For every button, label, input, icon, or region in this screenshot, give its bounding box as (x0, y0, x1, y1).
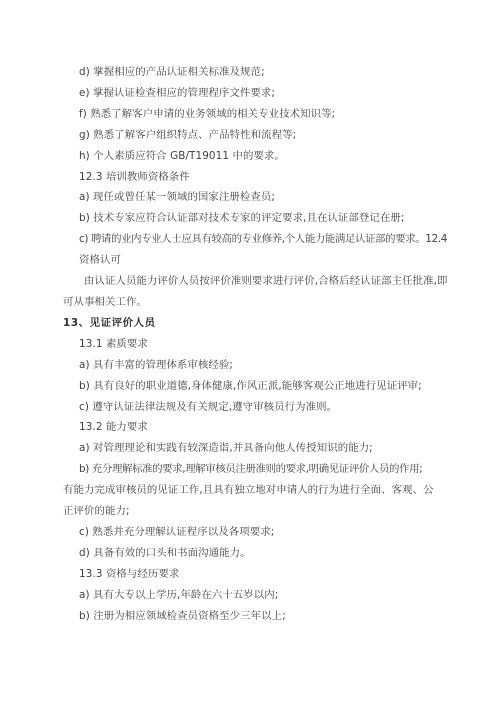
section-heading: 13、见证评价人员 (63, 313, 452, 334)
text-line: g) 熟悉了解客户组织特点、产品特性和流程等; (63, 125, 452, 146)
text-line: h) 个人素质应符合 GB/T19011 中的要求。 (63, 146, 452, 167)
text-line: c) 遵守认证法律法规及有关规定,遵守审核员行为准则。 (63, 397, 452, 418)
text-line: a) 具有大专以上学历,年龄在六十五岁以内; (63, 585, 452, 606)
text-line: 13.1 素质要求 (63, 334, 452, 355)
text-line: c) 聘请的业内专业人士应具有较高的专业修养,个人能力能满足认证部的要求。12.… (63, 229, 452, 250)
text-line: 可从事相关工作。 (63, 292, 452, 313)
text-line: a) 具有丰富的管理体系审核经验; (63, 355, 452, 376)
text-line: a) 现任或曾任某一领域的国家注册检查员; (63, 187, 452, 208)
document-body: d) 掌握相应的产品认证相关标准及规范;e) 掌握认证检查相应的管理程序文件要求… (63, 62, 452, 626)
text-line: 由认证人员能力评价人员按评价准则要求进行评价,合格后经认证部主任批准,即 (63, 271, 452, 292)
text-line: d) 具备有效的口头和书面沟通能力。 (63, 543, 452, 564)
text-line: a) 对管理理论和实践有较深造诣,并具备向他人传授知识的能力; (63, 438, 452, 459)
text-line: 12.3 培训教师资格条件 (63, 167, 452, 188)
text-line: d) 掌握相应的产品认证相关标准及规范; (63, 62, 452, 83)
text-line: b) 充分理解标准的要求,理解审核员注册准则的要求,明确见证评价人员的作用; (63, 459, 452, 480)
text-line: 13.2 能力要求 (63, 417, 452, 438)
text-line: b) 注册为相应领域检查员资格至少三年以上; (63, 606, 452, 627)
text-line: 正评价的能力; (63, 501, 452, 522)
text-line: b) 技术专家应符合认证部对技术专家的评定要求,且在认证部登记在册; (63, 208, 452, 229)
text-line: b) 具有良好的职业道德,身体健康,作风正派,能够客观公正地进行见证评审; (63, 376, 452, 397)
text-line: c) 熟悉并充分理解认证程序以及各项要求; (63, 522, 452, 543)
document-page: d) 掌握相应的产品认证相关标准及规范;e) 掌握认证检查相应的管理程序文件要求… (0, 0, 500, 707)
text-line: f) 熟悉了解客户申请的业务领域的相关专业技术知识等; (63, 104, 452, 125)
text-line: 13.3 资格与经历要求 (63, 564, 452, 585)
text-line: 有能力完成审核员的见证工作,且具有独立地对申请人的行为进行全面、客观、公 (63, 480, 452, 501)
text-line: e) 掌握认证检查相应的管理程序文件要求; (63, 83, 452, 104)
text-line: 资格认可 (63, 250, 452, 271)
